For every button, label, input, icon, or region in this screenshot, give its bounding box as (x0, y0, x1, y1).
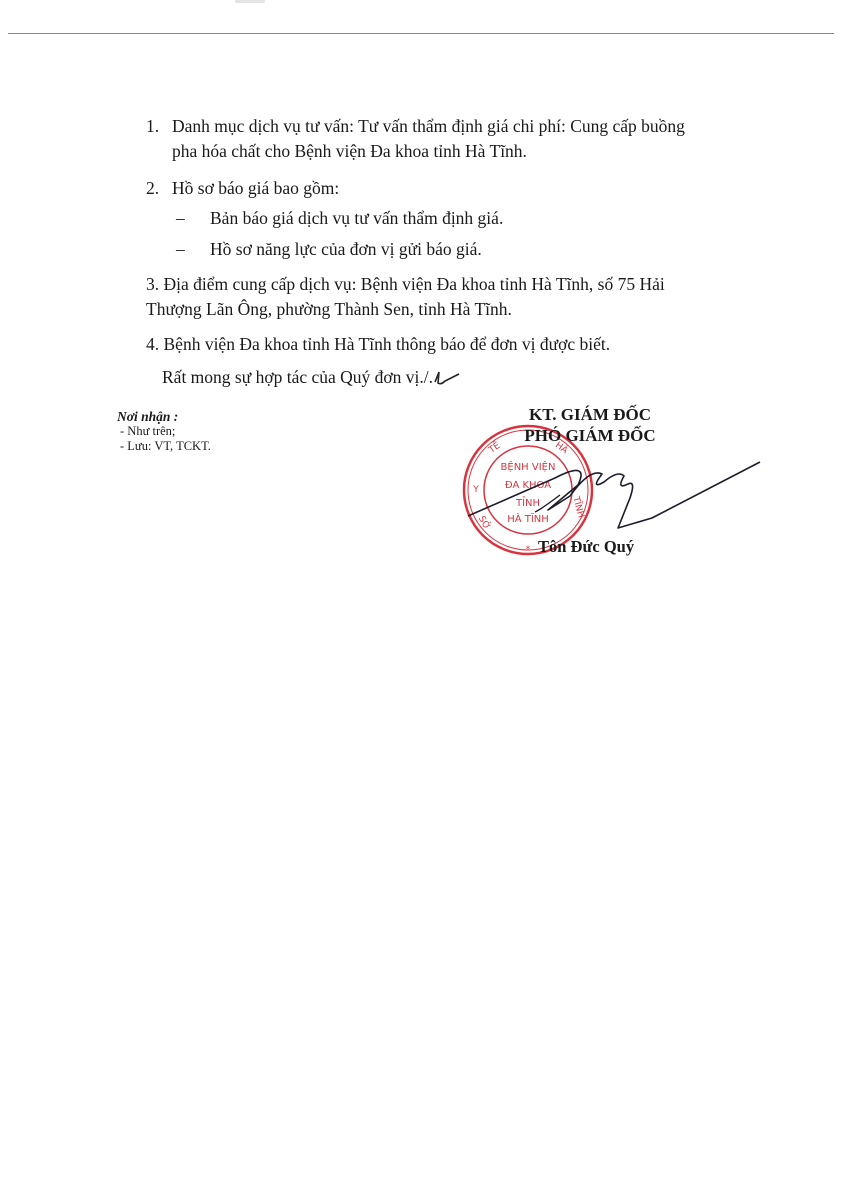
item-1-continuation: pha hóa chất cho Bệnh viện Đa khoa tỉnh … (172, 140, 527, 162)
signature-title-line1: KT. GIÁM ĐỐC (505, 404, 675, 425)
recipient-item: - Như trên; (117, 424, 211, 439)
item-number: 3. (146, 274, 159, 294)
item-1: 1.Danh mục dịch vụ tư vấn: Tư vấn thẩm đ… (146, 115, 685, 137)
item-text: Bệnh viện Đa khoa tỉnh Hà Tĩnh thông báo… (164, 334, 611, 354)
initial-mark-icon (433, 368, 463, 386)
signer-name: Tôn Đức Quý (538, 537, 634, 557)
item-text: Địa điểm cung cấp dịch vụ: Bệnh viện Đa … (164, 274, 665, 294)
item-4: 4. Bệnh viện Đa khoa tỉnh Hà Tĩnh thông … (146, 333, 610, 355)
item-number: 1. (146, 115, 172, 137)
recipients-block: Nơi nhận : - Như trên; - Lưu: VT, TCKT. (117, 409, 211, 454)
item-3: 3. Địa điểm cung cấp dịch vụ: Bệnh viện … (146, 273, 665, 295)
recipient-item: - Lưu: VT, TCKT. (117, 439, 211, 454)
dash-bullet: – (172, 238, 210, 260)
header-divider (8, 33, 834, 34)
item-number: 4. (146, 334, 159, 354)
sub-item: –Hồ sơ năng lực của đơn vị gửi báo giá. (172, 238, 482, 260)
closing-text: Rất mong sự hợp tác của Quý đơn vị./. (162, 367, 433, 387)
item-text: Hồ sơ báo giá bao gồm: (172, 178, 339, 198)
item-text: Danh mục dịch vụ tư vấn: Tư vấn thẩm địn… (172, 116, 685, 136)
item-2: 2.Hồ sơ báo giá bao gồm: (146, 177, 339, 199)
scan-artifact (235, 0, 265, 3)
sub-item-text: Hồ sơ năng lực của đơn vị gửi báo giá. (210, 239, 482, 259)
item-number: 2. (146, 177, 172, 199)
recipients-title: Nơi nhận : (117, 409, 211, 424)
item-3-continuation: Thượng Lãn Ông, phường Thành Sen, tỉnh H… (146, 298, 512, 320)
closing-line: Rất mong sự hợp tác của Quý đơn vị./. (162, 366, 463, 388)
sub-item: –Bản báo giá dịch vụ tư vấn thẩm định gi… (172, 207, 503, 229)
sub-item-text: Bản báo giá dịch vụ tư vấn thẩm định giá… (210, 208, 503, 228)
dash-bullet: – (172, 207, 210, 229)
